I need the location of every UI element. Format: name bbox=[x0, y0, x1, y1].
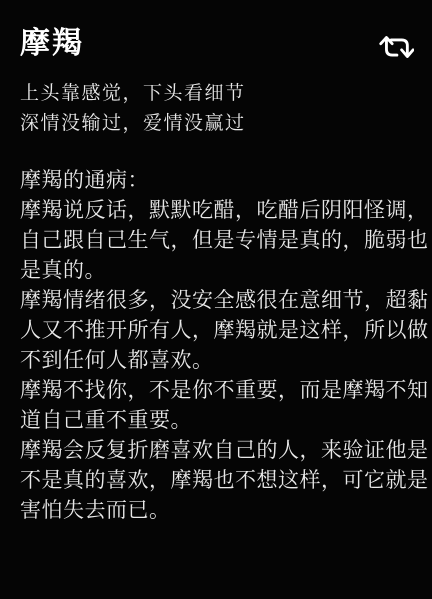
card-title: 摩羯 bbox=[20, 28, 84, 60]
repost-icon[interactable] bbox=[376, 32, 414, 63]
body-line: 摩羯说反话，默默吃醋，吃醋后阴阳怪调， bbox=[20, 196, 418, 226]
body-line: 摩羯的通病： bbox=[20, 166, 418, 196]
subtitle-line: 深情没输过，爱情没赢过 bbox=[20, 109, 418, 139]
body-line: 摩羯不找你，不是你不重要，而是摩羯不知 bbox=[20, 376, 418, 406]
card-subtitle: 上头靠感觉，下头看细节 深情没输过，爱情没赢过 bbox=[20, 79, 418, 139]
body-line: 不是真的喜欢，摩羯也不想这样，可它就是 bbox=[20, 466, 418, 496]
body-line: 摩羯会反复折磨喜欢自己的人，来验证他是 bbox=[20, 436, 418, 466]
capricorn-text-card: 摩羯 上头靠感觉，下头看细节 深情没输过，爱情没赢过 摩羯的通病： 摩羯说反话，… bbox=[0, 0, 432, 599]
body-line: 是真的。 bbox=[20, 256, 418, 286]
body-line: 自己跟自己生气，但是专情是真的，脆弱也 bbox=[20, 226, 418, 256]
body-line: 道自己重不重要。 bbox=[20, 406, 418, 436]
card-header: 摩羯 bbox=[20, 28, 418, 63]
body-line: 不到任何人都喜欢。 bbox=[20, 346, 418, 376]
body-line: 人又不推开所有人，摩羯就是这样，所以做 bbox=[20, 316, 418, 346]
card-body: 摩羯的通病： 摩羯说反话，默默吃醋，吃醋后阴阳怪调， 自己跟自己生气，但是专情是… bbox=[20, 166, 418, 526]
body-line: 摩羯情绪很多，没安全感很在意细节，超黏 bbox=[20, 286, 418, 316]
body-line: 害怕失去而已。 bbox=[20, 496, 418, 526]
subtitle-line: 上头靠感觉，下头看细节 bbox=[20, 79, 418, 109]
